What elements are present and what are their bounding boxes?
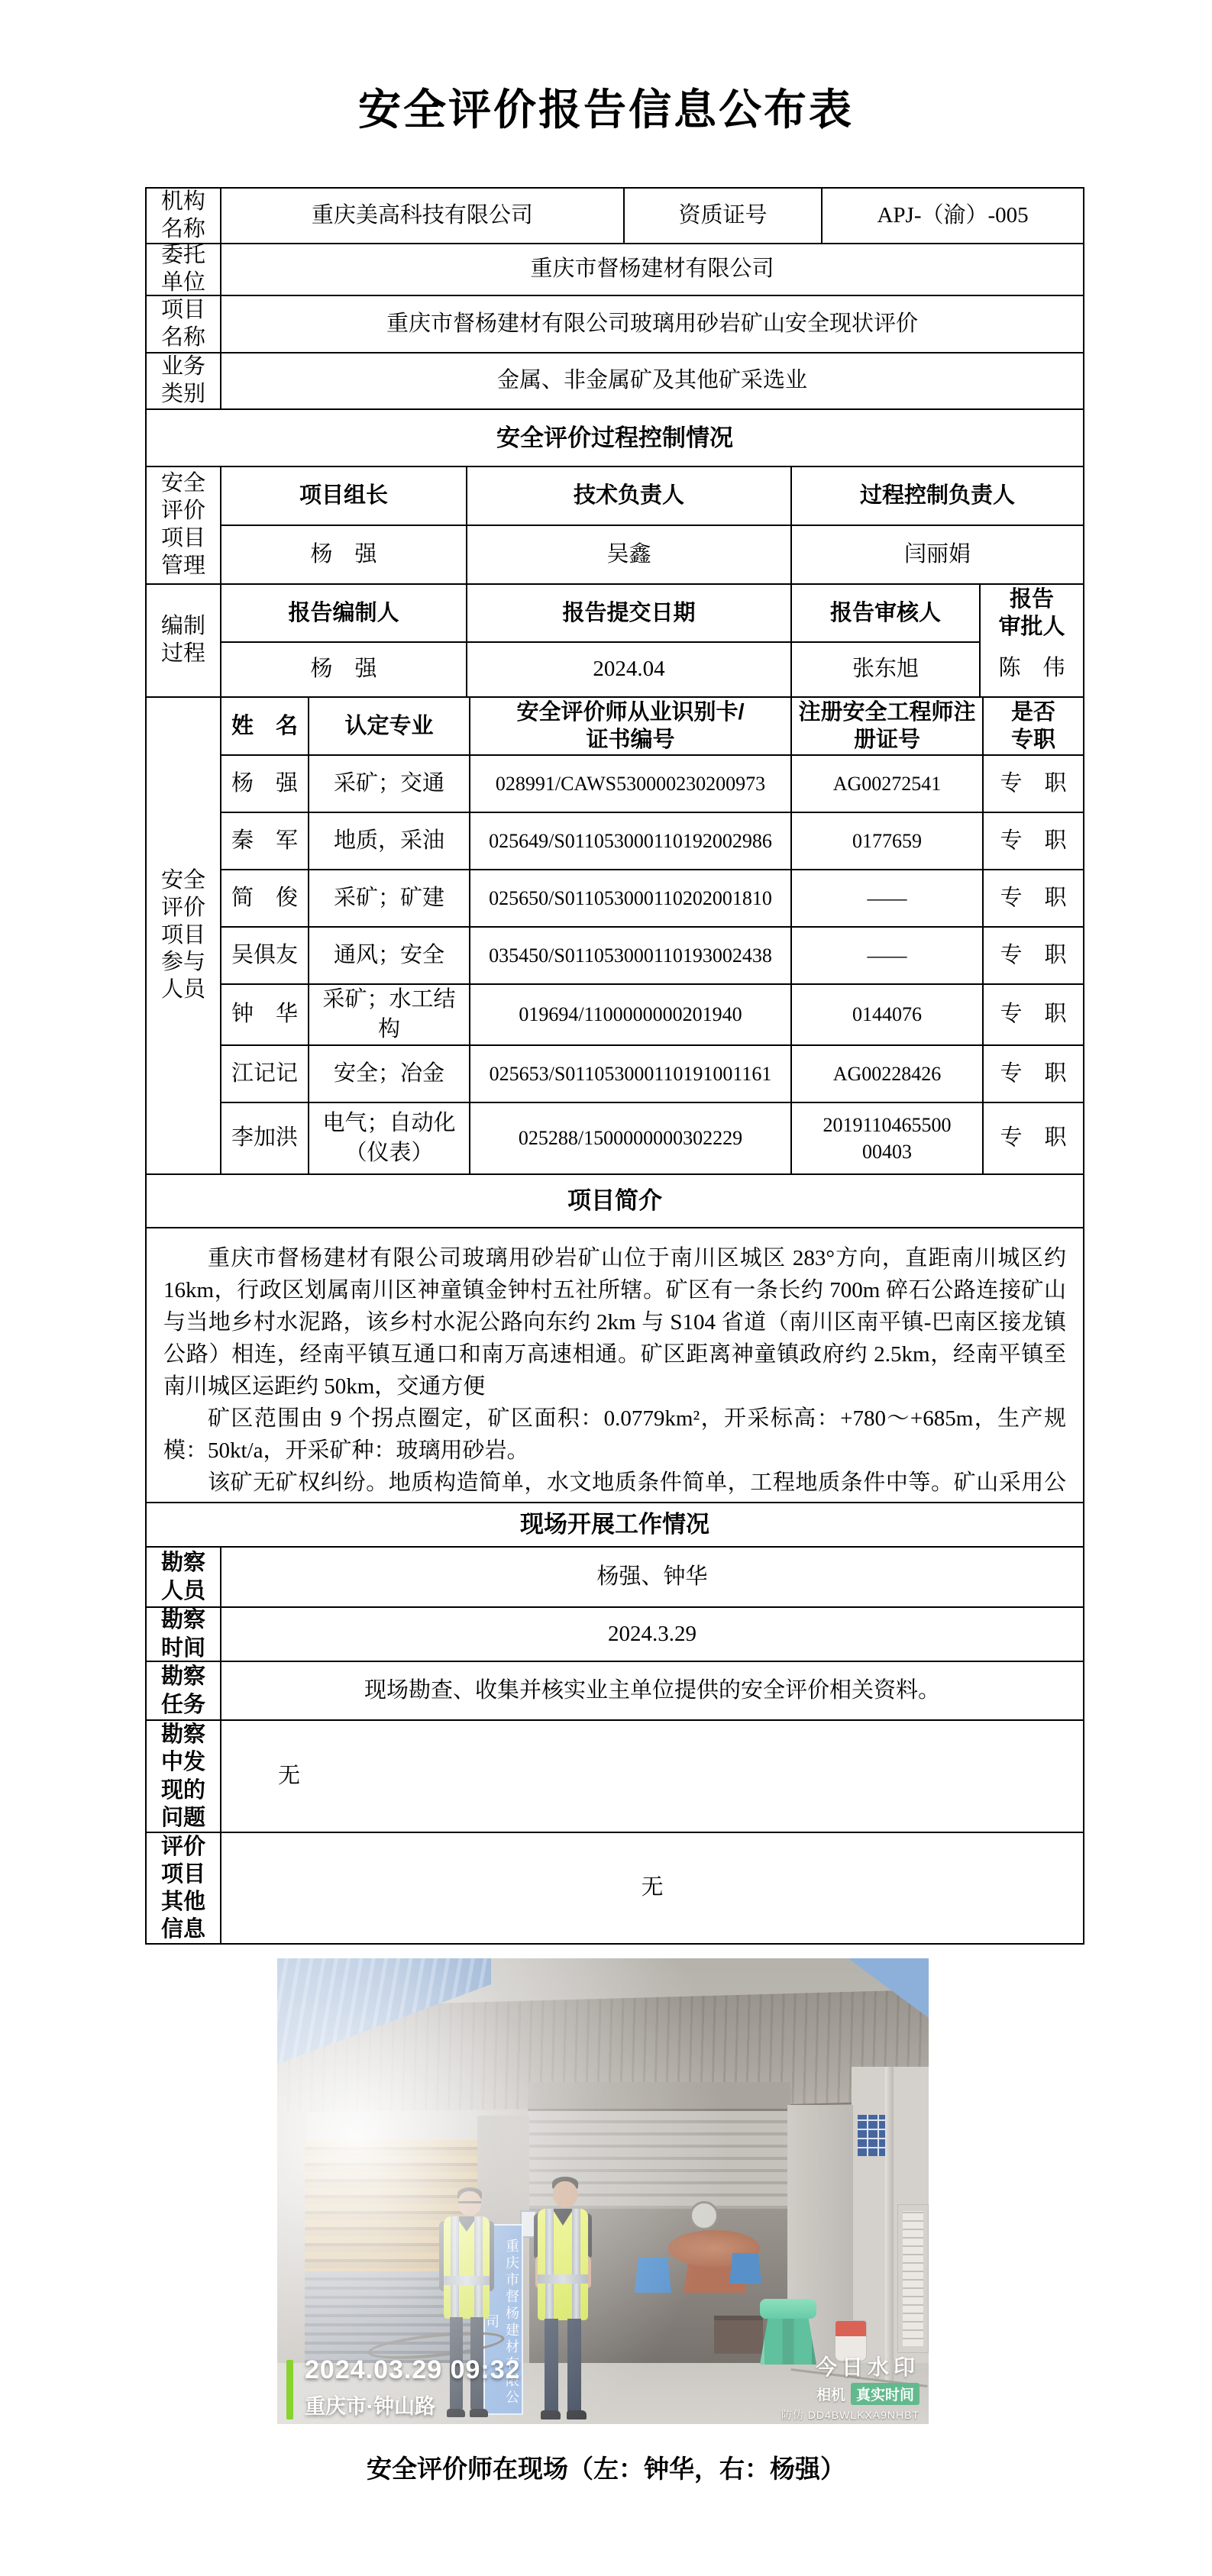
participant-row: 李加洪 电气；自动化（仪表） 025288/1500000000302229 2… <box>220 1102 1083 1173</box>
participant-card-no: 025650/S011053000110202001810 <box>469 870 790 926</box>
participant-card-no: 035450/S011053000110193002438 <box>469 928 790 983</box>
org-name-value: 重庆美高科技有限公司 <box>220 189 623 243</box>
value-report-reviewer: 张东旭 <box>790 643 979 696</box>
site-photo: 重庆市督杨建材有限公司 <box>277 1958 929 2424</box>
watermark-realtime-badge: 真实时间 <box>851 2383 920 2405</box>
photo-caption: 安全评价师在现场（左：钟华，右：杨强） <box>0 2449 1212 2485</box>
header-report-author: 报告编制人 <box>220 585 466 641</box>
participant-major: 电气；自动化（仪表） <box>308 1103 469 1173</box>
participant-major: 通风；安全 <box>308 928 469 983</box>
participant-row: 江记记 安全；冶金 025653/S011053000110191001161 … <box>220 1044 1083 1102</box>
cert-no-value: APJ-（渝）-005 <box>821 189 1083 243</box>
participant-fulltime: 专 职 <box>982 870 1083 926</box>
band-project-management: 安全 评价 项目 管理 项目组长 技术负责人 过程控制负责人 杨 强 吴鑫 闫丽… <box>147 466 1083 583</box>
participant-card-no: 028991/CAWS530000230200973 <box>469 756 790 812</box>
intro-paragraph-1: 重庆市督杨建材有限公司玻璃用砂岩矿山位于南川区城区 283°方向，直距南川城区约… <box>163 1242 1066 1403</box>
process-control-section-title: 安全评价过程控制情况 <box>147 410 1083 466</box>
header-tech-lead: 技术负责人 <box>466 467 790 525</box>
value-report-author: 杨 强 <box>220 643 466 696</box>
band-participants: 安全 评价 项目 参与 人员 姓 名 认定专业 安全评价师从业识别卡/ 证书编号… <box>147 696 1083 1173</box>
timestamp-accent-bar <box>286 2360 293 2419</box>
col-header-card-no: 安全评价师从业识别卡/ 证书编号 <box>469 698 790 754</box>
compilation-band-label: 编制 过程 <box>147 585 220 696</box>
participant-major: 采矿；交通 <box>308 756 469 812</box>
business-type-label: 业务 类别 <box>147 353 220 408</box>
table-row-client: 委托 单位 重庆市督杨建材有限公司 <box>147 243 1083 295</box>
watermark-brand: 今日水印 <box>781 2351 920 2381</box>
table-row-survey-task: 勘察 任务 现场勘查、收集并核实业主单位提供的安全评价相关资料。 <box>147 1661 1083 1719</box>
participant-card-no: 019694/1100000000201940 <box>469 985 790 1044</box>
site-work-table: 现场开展工作情况 勘察 人员 杨强、钟华 勘察 时间 2024.3.29 勘察 … <box>145 1502 1084 1945</box>
value-tech-lead: 吴鑫 <box>466 526 790 583</box>
participant-card-no: 025649/S011053000110192002986 <box>469 813 790 869</box>
header-process-lead: 过程控制负责人 <box>790 467 1083 525</box>
table-row-survey-time: 勘察 时间 2024.3.29 <box>147 1606 1083 1661</box>
participant-reg-no: —— <box>790 928 982 983</box>
intro-paragraph-2: 矿区范围由 9 个拐点圈定，矿区面积：0.0779km²，开采标高：+780～+… <box>163 1403 1066 1467</box>
participant-reg-no: —— <box>790 870 982 926</box>
watermark-camera-label: 相机 <box>816 2384 845 2404</box>
intro-paragraphs-row: 重庆市督杨建材有限公司玻璃用砂岩矿山位于南川区城区 283°方向，直距南川城区约… <box>147 1227 1083 1541</box>
participant-row: 杨 强 采矿；交通 028991/CAWS530000230200973 AG0… <box>220 754 1083 812</box>
cell-report-approver: 报告 审批人 陈 伟 <box>979 585 1083 696</box>
col-header-fulltime: 是否 专职 <box>982 698 1083 754</box>
participant-reg-no: 0144076 <box>790 985 982 1044</box>
page-title: 安全评价报告信息公布表 <box>0 76 1212 137</box>
participant-name: 江记记 <box>220 1046 308 1102</box>
col-header-name: 姓 名 <box>220 698 308 754</box>
header-submit-date: 报告提交日期 <box>466 585 790 641</box>
value-report-approver: 陈 伟 <box>998 641 1065 696</box>
participant-fulltime: 专 职 <box>982 985 1083 1044</box>
section-row-process-control: 安全评价过程控制情况 <box>147 408 1083 466</box>
anti-counterfeit-code: 防伪 DD4BWLKXA9NHBT <box>781 2407 920 2423</box>
cert-no-label: 资质证号 <box>623 189 821 243</box>
org-name-label: 机构 名称 <box>147 189 220 243</box>
header-report-approver: 报告 审批人 <box>998 585 1065 641</box>
project-name-label: 项目 名称 <box>147 296 220 352</box>
participant-fulltime: 专 职 <box>982 1046 1083 1102</box>
survey-task-label: 勘察 任务 <box>147 1662 220 1719</box>
participant-major: 安全；冶金 <box>308 1046 469 1102</box>
participant-name: 吴俱友 <box>220 928 308 983</box>
management-band-label: 安全 评价 项目 管理 <box>147 467 220 583</box>
participant-fulltime: 专 职 <box>982 756 1083 812</box>
table-row-surveyors: 勘察 人员 杨强、钟华 <box>147 1546 1083 1606</box>
intro-section-title: 项目简介 <box>147 1175 1083 1227</box>
participant-card-no: 025288/1500000000302229 <box>469 1103 790 1173</box>
participant-card-no: 025653/S011053000110191001161 <box>469 1046 790 1102</box>
participant-row: 钟 华 采矿；水工结构 019694/1100000000201940 0144… <box>220 983 1083 1044</box>
survey-time-value: 2024.3.29 <box>220 1608 1083 1661</box>
participant-row: 秦 军 地质，采油 025649/S011053000110192002986 … <box>220 812 1083 869</box>
participant-fulltime: 专 职 <box>982 813 1083 869</box>
client-value: 重庆市督杨建材有限公司 <box>220 244 1083 295</box>
watermark-overlay: 今日水印 相机 真实时间 防伪 DD4BWLKXA9NHBT <box>781 2351 920 2423</box>
table-row-org: 机构 名称 重庆美高科技有限公司 资质证号 APJ-（渝）-005 <box>147 189 1083 243</box>
table-row-problems-found: 勘察 中发 现的 问题 无 <box>147 1719 1083 1832</box>
participant-name: 秦 军 <box>220 813 308 869</box>
problems-found-label: 勘察 中发 现的 问题 <box>147 1721 220 1832</box>
participant-reg-no: AG00228426 <box>790 1046 982 1102</box>
other-info-value: 无 <box>220 1833 1083 1943</box>
table-row-business: 业务 类别 金属、非金属矿及其他矿采选业 <box>147 352 1083 408</box>
col-header-reg-no: 注册安全工程师注 册证号 <box>790 698 982 754</box>
participant-name: 简 俊 <box>220 870 308 926</box>
site-work-title: 现场开展工作情况 <box>147 1503 1083 1546</box>
participant-major: 采矿；矿建 <box>308 870 469 926</box>
band-compilation: 编制 过程 报告编制人 报告提交日期 报告审核人 杨 强 2024.04 张东旭 <box>147 583 1083 696</box>
participants-band-label: 安全 评价 项目 参与 人员 <box>147 698 220 1173</box>
table-row-project: 项目 名称 重庆市督杨建材有限公司玻璃用砂岩矿山安全现状评价 <box>147 295 1083 352</box>
surveyors-label: 勘察 人员 <box>147 1548 220 1606</box>
info-table: 机构 名称 重庆美高科技有限公司 资质证号 APJ-（渝）-005 委托 单位 … <box>145 187 1084 1543</box>
survey-task-value: 现场勘查、收集并核实业主单位提供的安全评价相关资料。 <box>220 1662 1083 1719</box>
site-work-title-row: 现场开展工作情况 <box>147 1503 1083 1546</box>
participant-name: 杨 强 <box>220 756 308 812</box>
section-row-intro: 项目简介 <box>147 1173 1083 1227</box>
client-label: 委托 单位 <box>147 244 220 295</box>
problems-found-value: 无 <box>220 1721 1083 1832</box>
value-submit-date: 2024.04 <box>466 643 790 696</box>
participant-reg-no: AG00272541 <box>790 756 982 812</box>
business-type-value: 金属、非金属矿及其他矿采选业 <box>220 353 1083 408</box>
other-info-label: 评价 项目 其他 信息 <box>147 1833 220 1943</box>
participant-fulltime: 专 职 <box>982 1103 1083 1173</box>
header-report-reviewer: 报告审核人 <box>790 585 979 641</box>
participant-fulltime: 专 职 <box>982 928 1083 983</box>
participant-major: 地质，采油 <box>308 813 469 869</box>
timestamp-overlay: 2024.03.29 09:32 重庆市·钟山路 <box>286 2355 521 2419</box>
value-process-lead: 闫丽娟 <box>790 526 1083 583</box>
header-project-leader: 项目组长 <box>220 467 466 525</box>
timestamp-text: 2024.03.29 09:32 <box>305 2355 521 2385</box>
table-row-other-info: 评价 项目 其他 信息 无 <box>147 1832 1083 1943</box>
participant-row: 吴俱友 通风；安全 035450/S011053000110193002438 … <box>220 926 1083 983</box>
surveyors-value: 杨强、钟华 <box>220 1548 1083 1606</box>
participant-name: 李加洪 <box>220 1103 308 1173</box>
participant-reg-no: 2019110465500 00403 <box>790 1103 982 1173</box>
participant-row: 简 俊 采矿；矿建 025650/S011053000110202001810 … <box>220 869 1083 926</box>
participant-reg-no: 0177659 <box>790 813 982 869</box>
col-header-major: 认定专业 <box>308 698 469 754</box>
intro-paragraphs: 重庆市督杨建材有限公司玻璃用砂岩矿山位于南川区城区 283°方向，直距南川城区约… <box>147 1228 1083 1541</box>
location-text: 重庆市·钟山路 <box>305 2390 521 2419</box>
participant-name: 钟 华 <box>220 985 308 1044</box>
participant-major: 采矿；水工结构 <box>308 985 469 1044</box>
survey-time-label: 勘察 时间 <box>147 1608 220 1661</box>
document-page: 安全评价报告信息公布表 机构 名称 重庆美高科技有限公司 资质证号 APJ-（渝… <box>0 0 1212 2576</box>
value-project-leader: 杨 强 <box>220 526 466 583</box>
project-name-value: 重庆市督杨建材有限公司玻璃用砂岩矿山安全现状评价 <box>220 296 1083 352</box>
